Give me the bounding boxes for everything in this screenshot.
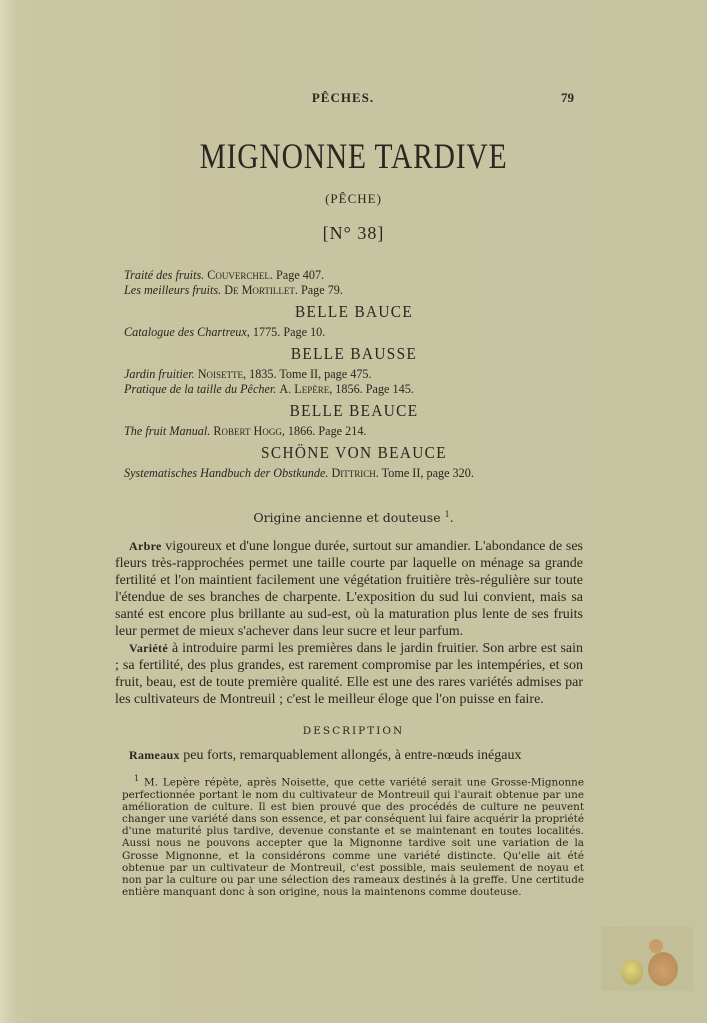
paragraph-lead: Variété (129, 641, 168, 655)
reference-detail: , 1856. Page 145. (329, 382, 414, 396)
description-text: Rameaux peu forts, remarquablement allon… (115, 747, 583, 764)
synonym-heading: BELLE BAUSSE (147, 344, 561, 364)
page-title: MIGNONNE TARDIVE (64, 135, 644, 177)
body-text: Arbre vigoureux et d'une longue durée, s… (115, 538, 583, 708)
reference-detail: . Page 79. (295, 283, 343, 297)
reference-work: Pratique de la taille du Pêcher. (124, 382, 276, 396)
reference-author: Noisette (198, 367, 243, 381)
reference-line: The fruit Manual. Robert Hogg, 1866. Pag… (124, 424, 584, 439)
reference-detail: . Page 407. (270, 268, 324, 282)
description-heading: DESCRIPTION (0, 725, 707, 737)
reference-line: Les meilleurs fruits. De Mortillet. Page… (124, 283, 584, 298)
paragraph-arbre: Arbre vigoureux et d'une longue durée, s… (115, 538, 583, 640)
reference-detail: , 1866. Page 214. (282, 424, 367, 438)
reference-detail: , 1775. Page 10. (247, 325, 326, 339)
description-body: peu forts, remarquablement allongés, à e… (180, 748, 522, 763)
book-page: PÊCHES. 79 MIGNONNE TARDIVE (PÊCHE) [N° … (0, 0, 707, 1023)
origin-end: . (450, 510, 454, 525)
fruit-illustration-thumbnail (601, 927, 693, 991)
reference-line: Pratique de la taille du Pêcher. A. Lepè… (124, 382, 584, 397)
reference-line: Catalogue des Chartreux, 1775. Page 10. (124, 325, 584, 340)
paragraph-text: vigoureux et d'une longue durée, surtout… (115, 539, 583, 639)
reference-author: A. Lepère (279, 382, 329, 396)
paragraph-lead: Arbre (129, 539, 162, 553)
reference-work: Systematisches Handbuch der Obstkunde. (124, 466, 328, 480)
reference-work: Catalogue des Chartreux (124, 325, 247, 339)
synonym-heading: SCHÖNE VON BEAUCE (147, 443, 561, 463)
paragraph-text: à introduire parmi les premières dans le… (115, 641, 583, 707)
fruit-type: (PÊCHE) (0, 191, 707, 207)
primary-references: Traité des fruits. Couverchel. Page 407.… (124, 268, 584, 481)
paragraph-variete: Variété à introduire parmi les premières… (115, 640, 583, 708)
peach-shape (621, 959, 643, 985)
entry-number: [N° 38] (0, 223, 707, 244)
synonym-heading: BELLE BAUCE (147, 302, 561, 322)
page-header: PÊCHES. 79 (112, 90, 574, 106)
page-number: 79 (561, 90, 574, 106)
description-lead: Rameaux (129, 748, 180, 762)
reference-detail: . Tome II, page 320. (376, 466, 474, 480)
footnote-text: M. Lepère répète, après Noisette, que ce… (122, 776, 584, 898)
reference-line: Jardin fruitier. Noisette, 1835. Tome II… (124, 367, 584, 382)
leaf-shape (649, 939, 663, 953)
reference-line: Systematisches Handbuch der Obstkunde. D… (124, 466, 584, 481)
peach-shape (648, 952, 678, 986)
reference-author: Dittrich (332, 466, 376, 480)
reference-work: Les meilleurs fruits. (124, 283, 221, 297)
reference-work: Jardin fruitier. (124, 367, 195, 381)
footnote: 1 M. Lepère répète, après Noisette, que … (122, 773, 584, 899)
origin-heading: Origine ancienne et douteuse 1. (0, 510, 707, 525)
reference-author: De Mortillet (224, 283, 295, 297)
reference-line: Traité des fruits. Couverchel. Page 407. (124, 268, 584, 283)
reference-detail: , 1835. Tome II, page 475. (243, 367, 372, 381)
synonym-heading: BELLE BEAUCE (147, 401, 561, 421)
reference-work: Traité des fruits. (124, 268, 204, 282)
running-head: PÊCHES. (112, 90, 574, 106)
reference-author: Couverchel (207, 268, 270, 282)
reference-author: Robert Hogg (213, 424, 281, 438)
origin-text: Origine ancienne et douteuse (253, 510, 440, 525)
reference-work: The fruit Manual. (124, 424, 210, 438)
